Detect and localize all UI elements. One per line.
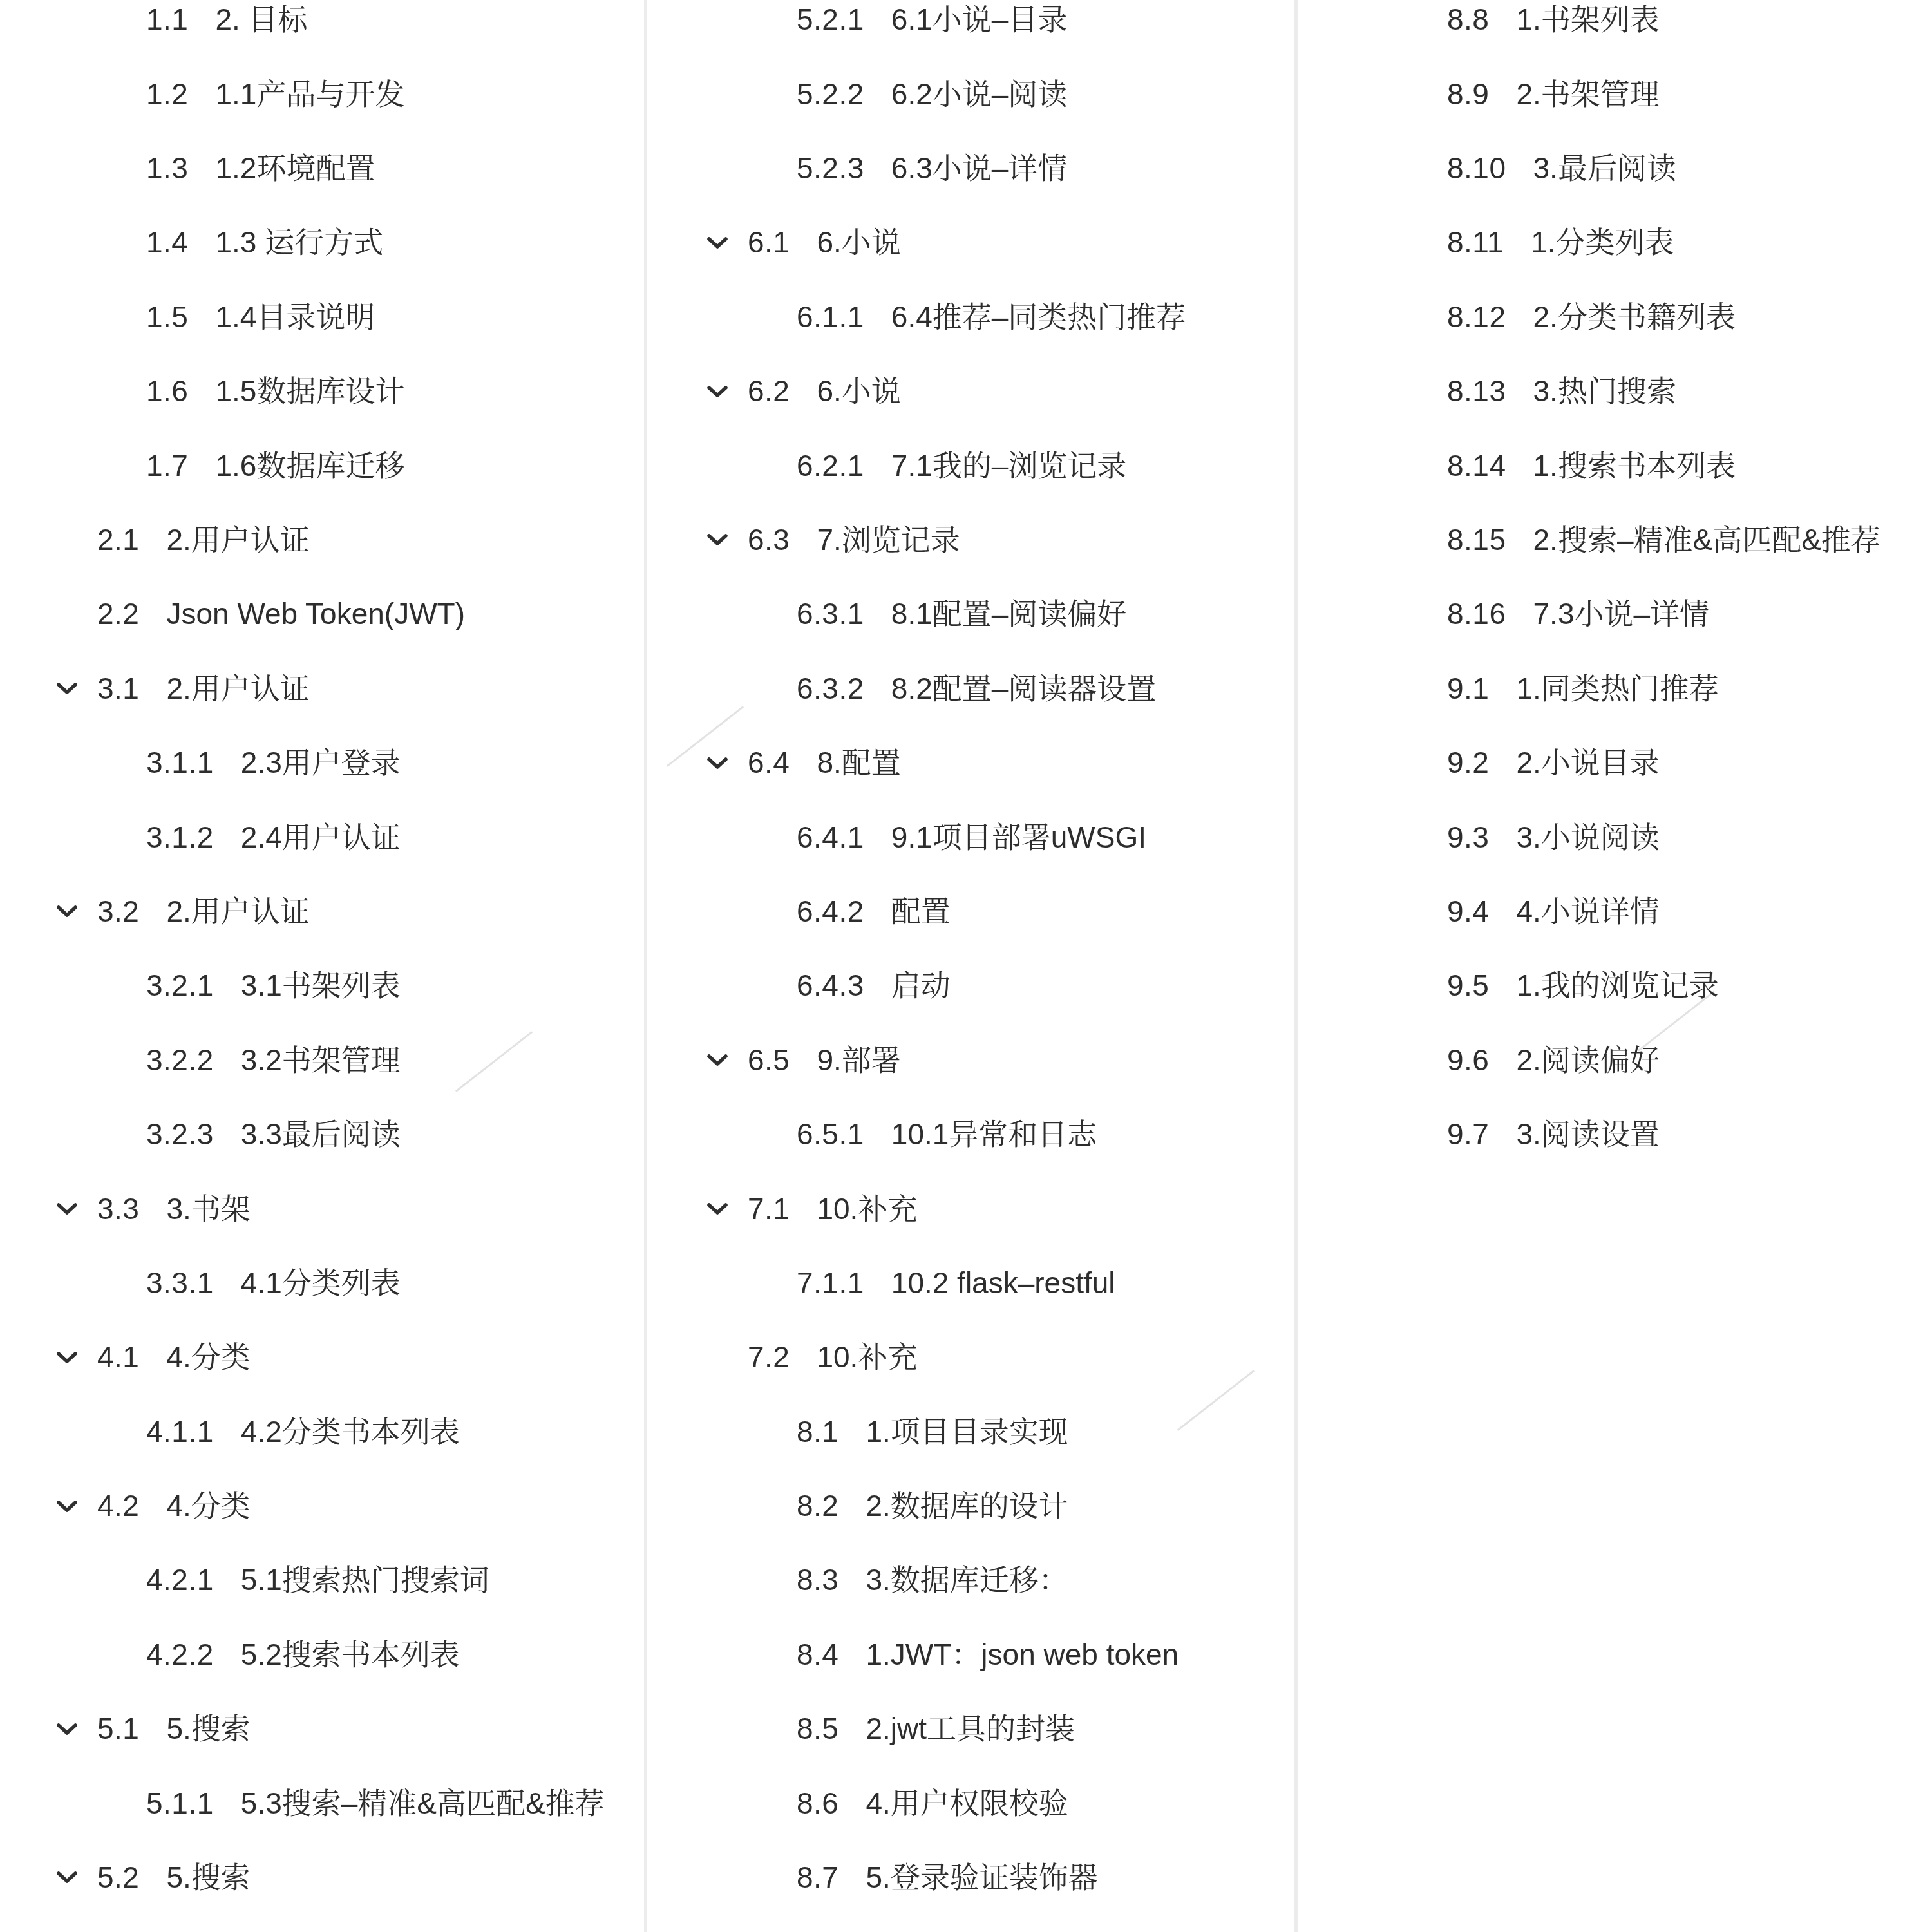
toc-item[interactable]: 3.2.33.3最后阅读	[0, 1097, 647, 1171]
toc-item-title: Json Web Token(JWT)	[166, 597, 465, 631]
chevron-down-icon[interactable]	[56, 1201, 78, 1217]
toc-item[interactable]: 3.33.书架	[0, 1171, 647, 1245]
toc-item[interactable]: 9.51.我的浏览记录	[1301, 949, 1932, 1023]
chevron-down-icon[interactable]	[706, 384, 728, 399]
toc-item-number: 6.5	[748, 1043, 790, 1077]
toc-item-title: 1.同类热门推荐	[1516, 672, 1718, 706]
toc-item-number: 1.4	[146, 225, 188, 260]
toc-item-number: 3.1.2	[146, 820, 214, 855]
toc-item-title: 4.1分类列表	[241, 1266, 401, 1300]
toc-item[interactable]: 8.75.登录验证装饰器	[650, 1841, 1298, 1915]
toc-item-number: 6.4	[748, 746, 790, 780]
toc-item[interactable]: 9.11.同类热门推荐	[1301, 652, 1932, 726]
toc-item-title: 5.登录验证装饰器	[866, 1861, 1097, 1895]
toc-item[interactable]: 8.33.数据库迁移：	[650, 1543, 1298, 1617]
toc-item[interactable]: 9.33.小说阅读	[1301, 800, 1932, 874]
toc-item-title: 4.小说详情	[1516, 895, 1659, 929]
toc-item[interactable]: 8.92.书架管理	[1301, 57, 1932, 131]
toc-item-number: 3.3.1	[146, 1266, 214, 1300]
toc-item-number: 5.1.1	[146, 1786, 214, 1821]
chevron-down-icon[interactable]	[56, 1721, 78, 1737]
toc-item-title: 6.2小说–阅读	[891, 77, 1068, 111]
toc-item[interactable]: 5.2.16.1小说–目录	[650, 0, 1298, 57]
toc-item-number: 3.2.2	[146, 1043, 214, 1077]
toc-item-title: 8.配置	[817, 746, 900, 780]
toc-item[interactable]: 8.111.分类列表	[1301, 205, 1932, 279]
toc-item-title: 5.2搜索书本列表	[241, 1638, 460, 1672]
toc-item-number: 8.15	[1447, 523, 1506, 557]
toc-item-number: 9.6	[1447, 1043, 1489, 1077]
toc-item-title: 2.搜索–精准&高匹配&推荐	[1533, 523, 1880, 557]
toc-item[interactable]: 6.16.小说	[650, 205, 1298, 279]
toc-item-number: 9.4	[1447, 895, 1489, 929]
toc-item[interactable]: 4.24.分类	[0, 1469, 647, 1543]
toc-item-number: 8.1	[797, 1415, 838, 1449]
toc-item[interactable]: 8.81.书架列表	[1301, 0, 1932, 57]
toc-item-title: 3.3最后阅读	[241, 1117, 401, 1151]
toc-item-number: 8.6	[797, 1786, 838, 1821]
toc-item-number: 6.2	[748, 374, 790, 408]
toc-item-number: 8.11	[1447, 225, 1504, 260]
toc-item[interactable]: 6.4.2配置	[650, 875, 1298, 949]
toc-item-title: 3.热门搜索	[1533, 374, 1676, 408]
toc-column-3: 8.81.书架列表8.92.书架管理8.103.最后阅读8.111.分类列表8.…	[1301, 0, 1932, 1171]
toc-item[interactable]: 1.21.1产品与开发	[0, 57, 647, 131]
toc-item-title: 5.搜索	[166, 1712, 250, 1746]
toc-item[interactable]: 9.62.阅读偏好	[1301, 1023, 1932, 1097]
toc-item-number: 1.6	[146, 374, 188, 408]
toc-item-number: 1.3	[146, 151, 188, 185]
toc-item[interactable]: 4.1.14.2分类书本列表	[0, 1394, 647, 1468]
toc-item-title: 2.数据库的设计	[866, 1489, 1068, 1523]
toc-item[interactable]: 3.12.用户认证	[0, 652, 647, 726]
toc-item-title: 6.4推荐–同类热门推荐	[891, 300, 1186, 334]
toc-item-number: 1.5	[146, 300, 188, 334]
toc-item-number: 8.3	[797, 1563, 838, 1597]
toc-item-number: 7.2	[748, 1340, 790, 1374]
toc-item-number: 8.7	[797, 1861, 838, 1895]
toc-item-title: 6.小说	[817, 225, 900, 260]
toc-item-number: 8.13	[1447, 374, 1506, 408]
toc-item-title: 配置	[891, 895, 951, 929]
toc-item[interactable]: 8.22.数据库的设计	[650, 1469, 1298, 1543]
toc-item[interactable]: 6.26.小说	[650, 354, 1298, 428]
toc-item-title: 2.3用户登录	[241, 746, 401, 780]
toc-item-title: 1.5数据库设计	[215, 374, 404, 408]
toc-item[interactable]: 1.51.4目录说明	[0, 280, 647, 354]
toc-item[interactable]: 8.103.最后阅读	[1301, 131, 1932, 205]
toc-item-number: 6.3.1	[797, 597, 864, 631]
toc-item[interactable]: 1.41.3 运行方式	[0, 205, 647, 279]
toc-item-number: 3.2.1	[146, 969, 214, 1003]
toc-item-title: 2.分类书籍列表	[1533, 300, 1736, 334]
toc-item-number: 1.7	[146, 449, 188, 483]
toc-item[interactable]: 6.3.28.2配置–阅读器设置	[650, 652, 1298, 726]
chevron-down-icon[interactable]	[56, 904, 78, 919]
toc-item-number: 4.2.2	[146, 1638, 214, 1672]
toc-item-number: 5.2	[97, 1861, 139, 1895]
toc-item-title: 1.我的浏览记录	[1516, 969, 1718, 1003]
toc-item-title: 9.部署	[817, 1043, 900, 1077]
toc-item-title: 7.浏览记录	[817, 523, 960, 557]
toc-item-number: 8.5	[797, 1712, 838, 1746]
chevron-down-icon[interactable]	[706, 755, 728, 771]
chevron-down-icon[interactable]	[706, 1052, 728, 1068]
toc-item-number: 6.1.1	[797, 300, 864, 334]
toc-item-title: 3.2书架管理	[241, 1043, 401, 1077]
toc-item-number: 3.1	[97, 672, 139, 706]
toc-item-title: 6.3小说–详情	[891, 151, 1068, 185]
toc-item-title: 2.4用户认证	[241, 820, 401, 855]
toc-item-number: 9.5	[1447, 969, 1489, 1003]
toc-item-number: 7.1.1	[797, 1266, 864, 1300]
toc-item-number: 8.4	[797, 1638, 838, 1672]
toc-item-title: 6.1小说–目录	[891, 3, 1068, 37]
toc-item[interactable]: 3.1.12.3用户登录	[0, 726, 647, 800]
toc-item-title: 2.书架管理	[1516, 77, 1659, 111]
toc-item[interactable]: 2.12.用户认证	[0, 503, 647, 577]
toc-item-number: 3.2.3	[146, 1117, 214, 1151]
toc-item-title: 8.1配置–阅读偏好	[891, 597, 1127, 631]
toc-item-title: 5.1搜索热门搜索词	[241, 1563, 489, 1597]
toc-item-title: 1.JWT：json web token	[866, 1638, 1179, 1672]
toc-item[interactable]: 8.11.项目目录实现	[650, 1394, 1298, 1468]
toc-item-number: 5.2.3	[797, 151, 864, 185]
toc-item-number: 2.2	[97, 597, 139, 631]
toc-item-number: 3.2	[97, 895, 139, 929]
chevron-down-icon[interactable]	[56, 1350, 78, 1365]
toc-item[interactable]: 1.71.6数据库迁移	[0, 428, 647, 502]
toc-item[interactable]: 8.141.搜索书本列表	[1301, 428, 1932, 502]
toc-column-1: 1.12. 目标1.21.1产品与开发1.31.2环境配置1.41.3 运行方式…	[0, 0, 647, 1915]
toc-item-title: 2. 目标	[215, 3, 307, 37]
toc-item[interactable]: 4.2.25.2搜索书本列表	[0, 1618, 647, 1692]
toc-item-title: 4.分类	[166, 1340, 250, 1374]
toc-item-title: 3.小说阅读	[1516, 820, 1659, 855]
toc-item-number: 6.4.2	[797, 895, 864, 929]
toc-item[interactable]: 6.2.17.1我的–浏览记录	[650, 428, 1298, 502]
toc-item-number: 8.16	[1447, 597, 1506, 631]
toc-item-title: 1.3 运行方式	[215, 225, 383, 260]
toc-item-number: 8.2	[797, 1489, 838, 1523]
toc-column-2: 5.2.16.1小说–目录5.2.26.2小说–阅读5.2.36.3小说–详情6…	[650, 0, 1298, 1915]
toc-item[interactable]: 1.61.5数据库设计	[0, 354, 647, 428]
toc-item-number: 6.5.1	[797, 1117, 864, 1151]
toc-item-title: 10.补充	[817, 1192, 917, 1226]
toc-item-number: 6.3	[748, 523, 790, 557]
toc-item-number: 9.2	[1447, 746, 1489, 780]
toc-item[interactable]: 4.14.分类	[0, 1320, 647, 1394]
toc-item-number: 3.1.1	[146, 746, 214, 780]
toc-item[interactable]: 6.4.3启动	[650, 949, 1298, 1023]
toc-item-title: 2.jwt工具的封装	[866, 1712, 1075, 1746]
toc-item[interactable]: 7.1.110.2 flask–restful	[650, 1246, 1298, 1320]
toc-item-number: 4.1.1	[146, 1415, 214, 1449]
toc-item[interactable]: 1.31.2环境配置	[0, 131, 647, 205]
toc-item-title: 8.2配置–阅读器设置	[891, 672, 1157, 706]
toc-item[interactable]: 5.1.15.3搜索–精准&高匹配&推荐	[0, 1766, 647, 1840]
toc-item[interactable]: 5.15.搜索	[0, 1692, 647, 1766]
toc-item[interactable]: 5.2.36.3小说–详情	[650, 131, 1298, 205]
toc-item-title: 5.搜索	[166, 1861, 250, 1895]
toc-item-number: 9.3	[1447, 820, 1489, 855]
chevron-down-icon[interactable]	[56, 681, 78, 696]
toc-item[interactable]: 4.2.15.1搜索热门搜索词	[0, 1543, 647, 1617]
toc-item[interactable]: 8.41.JWT：json web token	[650, 1618, 1298, 1692]
toc-item-number: 6.4.1	[797, 820, 864, 855]
toc-item[interactable]: 8.133.热门搜索	[1301, 354, 1932, 428]
toc-item-title: 7.3小说–详情	[1533, 597, 1710, 631]
toc-item[interactable]: 5.2.26.2小说–阅读	[650, 57, 1298, 131]
toc-item[interactable]: 3.22.用户认证	[0, 875, 647, 949]
toc-item[interactable]: 9.22.小说目录	[1301, 726, 1932, 800]
toc-item-number: 9.7	[1447, 1117, 1489, 1151]
toc-item-title: 7.1我的–浏览记录	[891, 449, 1127, 483]
toc-item-number: 7.1	[748, 1192, 790, 1226]
toc-item-title: 10.2 flask–restful	[891, 1266, 1115, 1300]
toc-item-title: 1.搜索书本列表	[1533, 449, 1736, 483]
toc-item-number: 4.1	[97, 1340, 139, 1374]
toc-item[interactable]: 9.44.小说详情	[1301, 875, 1932, 949]
toc-item-title: 2.用户认证	[166, 895, 309, 929]
toc-item[interactable]: 8.122.分类书籍列表	[1301, 280, 1932, 354]
toc-item[interactable]: 3.2.23.2书架管理	[0, 1023, 647, 1097]
chevron-down-icon[interactable]	[56, 1870, 78, 1885]
toc-item-number: 8.9	[1447, 77, 1489, 111]
toc-item-title: 2.阅读偏好	[1516, 1043, 1659, 1077]
toc-item[interactable]: 6.3.18.1配置–阅读偏好	[650, 577, 1298, 651]
toc-item-title: 2.用户认证	[166, 523, 309, 557]
toc-item[interactable]: 2.2Json Web Token(JWT)	[0, 577, 647, 651]
toc-item[interactable]: 6.48.配置	[650, 726, 1298, 800]
toc-item[interactable]: 8.64.用户权限校验	[650, 1766, 1298, 1840]
toc-item-number: 8.12	[1447, 300, 1506, 334]
toc-item[interactable]: 6.5.110.1异常和日志	[650, 1097, 1298, 1171]
toc-item-title: 1.分类列表	[1531, 225, 1674, 260]
toc-item[interactable]: 8.152.搜索–精准&高匹配&推荐	[1301, 503, 1932, 577]
toc-item-title: 3.最后阅读	[1533, 151, 1676, 185]
toc-item-title: 9.1项目部署uWSGI	[891, 820, 1146, 855]
toc-item[interactable]: 3.1.22.4用户认证	[0, 800, 647, 874]
toc-item-title: 4.用户权限校验	[866, 1786, 1068, 1821]
chevron-down-icon[interactable]	[56, 1499, 78, 1514]
chevron-down-icon[interactable]	[706, 235, 728, 251]
toc-item-title: 10.1异常和日志	[891, 1117, 1097, 1151]
toc-item[interactable]: 3.2.13.1书架列表	[0, 949, 647, 1023]
toc-item[interactable]: 8.167.3小说–详情	[1301, 577, 1932, 651]
toc-item-number: 8.14	[1447, 449, 1506, 483]
toc-item-number: 6.3.2	[797, 672, 864, 706]
toc-item-title: 3.阅读设置	[1516, 1117, 1659, 1151]
chevron-down-icon[interactable]	[706, 532, 728, 547]
toc-item-title: 4.2分类书本列表	[241, 1415, 460, 1449]
toc-item[interactable]: 1.12. 目标	[0, 0, 647, 57]
toc-item-title: 6.小说	[817, 374, 900, 408]
toc-item-number: 1.1	[146, 3, 188, 37]
toc-item-title: 5.3搜索–精准&高匹配&推荐	[241, 1786, 605, 1821]
toc-item-number: 8.8	[1447, 3, 1489, 37]
toc-item-title: 3.1书架列表	[241, 969, 401, 1003]
toc-item[interactable]: 9.73.阅读设置	[1301, 1097, 1932, 1171]
toc-item-number: 5.2.2	[797, 77, 864, 111]
toc-item-number: 2.1	[97, 523, 139, 557]
toc-item-number: 6.4.3	[797, 969, 864, 1003]
toc-item[interactable]: 8.52.jwt工具的封装	[650, 1692, 1298, 1766]
toc-item-number: 1.2	[146, 77, 188, 111]
chevron-down-icon[interactable]	[706, 1201, 728, 1217]
toc-item[interactable]: 6.59.部署	[650, 1023, 1298, 1097]
toc-item-title: 4.分类	[166, 1489, 250, 1523]
toc-item-number: 5.1	[97, 1712, 139, 1746]
toc-item-title: 3.书架	[166, 1192, 250, 1226]
toc-item-title: 1.2环境配置	[215, 151, 375, 185]
toc-item-number: 8.10	[1447, 151, 1506, 185]
toc-item[interactable]: 5.25.搜索	[0, 1841, 647, 1915]
toc-item-number: 9.1	[1447, 672, 1489, 706]
toc-item-number: 4.2.1	[146, 1563, 214, 1597]
toc-item-number: 6.1	[748, 225, 790, 260]
toc-item-title: 3.数据库迁移：	[866, 1563, 1068, 1597]
toc-item-number: 3.3	[97, 1192, 139, 1226]
toc-item-title: 1.6数据库迁移	[215, 449, 404, 483]
toc-item-number: 6.2.1	[797, 449, 864, 483]
toc-item[interactable]: 7.210.补充	[650, 1320, 1298, 1394]
toc-item[interactable]: 3.3.14.1分类列表	[0, 1246, 647, 1320]
toc-item[interactable]: 6.1.16.4推荐–同类热门推荐	[650, 280, 1298, 354]
toc-item-title: 1.书架列表	[1516, 3, 1659, 37]
toc-item-title: 1.1产品与开发	[215, 77, 404, 111]
toc-item[interactable]: 6.37.浏览记录	[650, 503, 1298, 577]
toc-item-title: 1.4目录说明	[215, 300, 375, 334]
toc-item[interactable]: 6.4.19.1项目部署uWSGI	[650, 800, 1298, 874]
toc-item-number: 5.2.1	[797, 3, 864, 37]
toc-item-title: 10.补充	[817, 1340, 917, 1374]
toc-item[interactable]: 7.110.补充	[650, 1171, 1298, 1245]
toc-item-title: 2.小说目录	[1516, 746, 1659, 780]
toc-item-title: 1.项目目录实现	[866, 1415, 1068, 1449]
toc-item-title: 启动	[891, 969, 951, 1003]
toc-item-number: 4.2	[97, 1489, 139, 1523]
toc-item-title: 2.用户认证	[166, 672, 309, 706]
